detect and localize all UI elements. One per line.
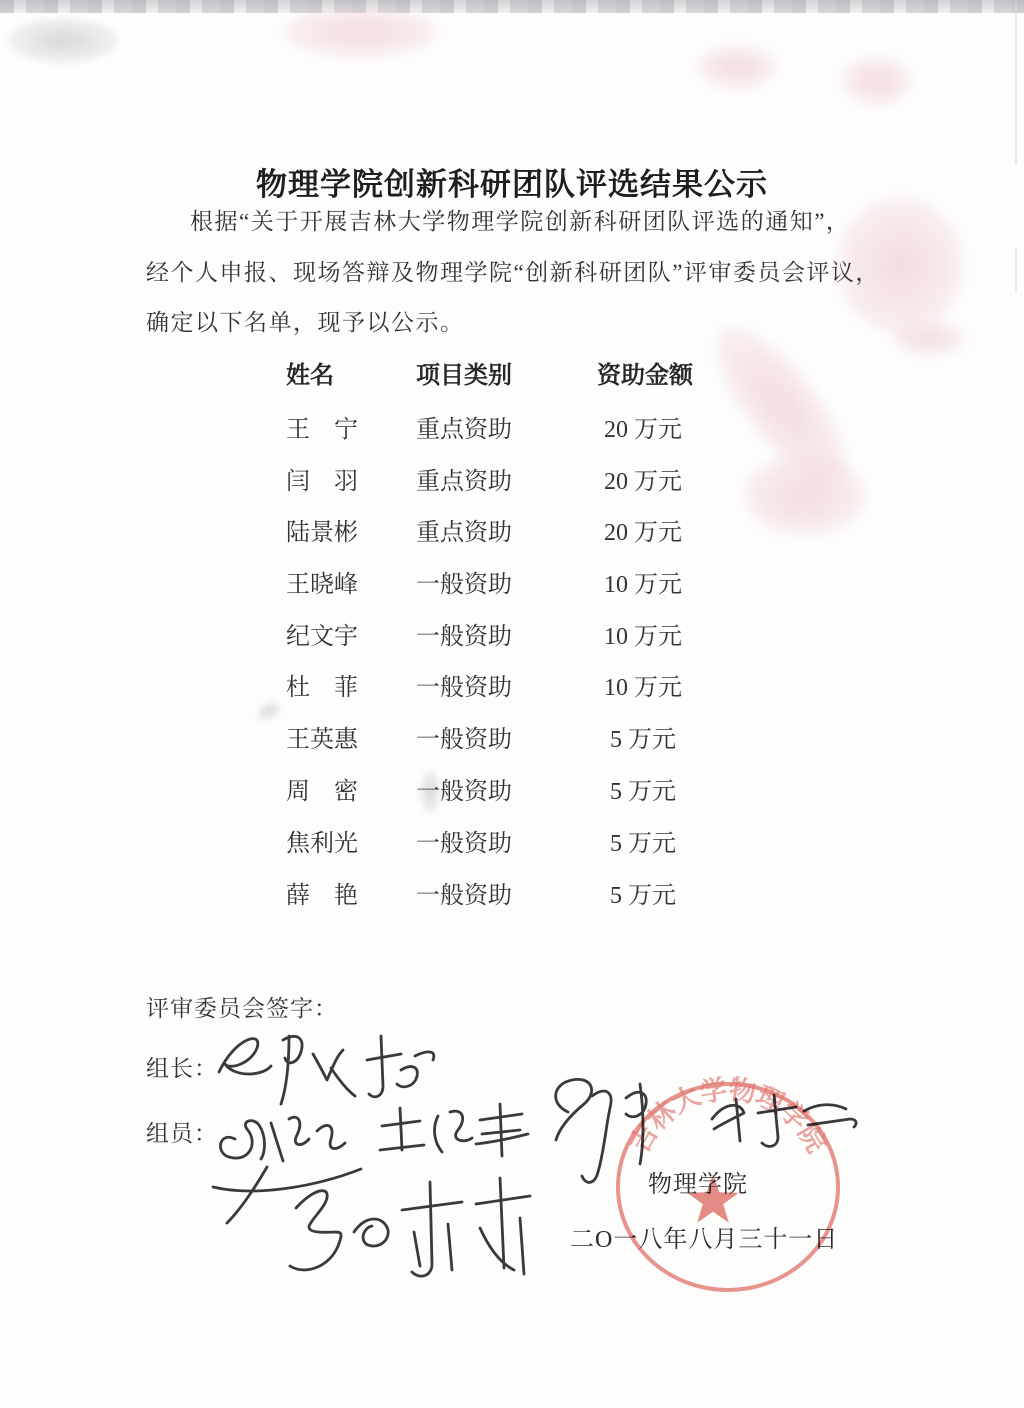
- cell-name: 周 密: [286, 771, 358, 806]
- cell-category: 一般资助: [416, 823, 512, 858]
- ink-bleed-mark: [698, 46, 776, 88]
- issuing-org-name: 物理学院: [648, 1164, 748, 1199]
- cell-name: 王晓峰: [286, 564, 358, 599]
- cell-name: 薛 艳: [286, 875, 358, 910]
- cell-amount: 20 万元: [558, 512, 728, 547]
- cell-amount: 10 万元: [558, 667, 728, 702]
- table-row: 王晓峰 一般资助 10 万元: [0, 564, 1024, 596]
- cell-amount: 5 万元: [558, 771, 728, 806]
- paragraph-line: 经个人申报、现场答辩及物理学院“创新科研团队”评审委员会评议，: [146, 254, 880, 287]
- committee-signature-label: 评审委员会签字：: [146, 990, 338, 1023]
- cell-amount: 10 万元: [558, 616, 728, 651]
- cell-category: 一般资助: [416, 719, 512, 754]
- ink-bleed-mark: [893, 322, 965, 354]
- ink-bleed-mark: [283, 8, 438, 56]
- cell-amount: 5 万元: [558, 875, 728, 910]
- cell-name: 杜 菲: [286, 667, 358, 702]
- table-row: 周 密 一般资助 5 万元: [0, 771, 1024, 803]
- cell-category: 一般资助: [416, 667, 512, 702]
- header-name: 姓名: [286, 355, 334, 390]
- cell-amount: 20 万元: [558, 409, 728, 444]
- cell-category: 一般资助: [416, 875, 512, 910]
- cell-amount: 20 万元: [558, 461, 728, 496]
- cell-name: 纪文宇: [286, 616, 358, 651]
- page-title: 物理学院创新科研团队评选结果公示: [0, 159, 1024, 204]
- scan-edge-artifact: [1015, 248, 1017, 293]
- table-row: 陆景彬 重点资助 20 万元: [0, 512, 1024, 544]
- cell-category: 重点资助: [416, 461, 512, 496]
- table-row: 王 宁 重点资助 20 万元: [0, 409, 1024, 441]
- cell-amount: 5 万元: [558, 823, 728, 858]
- cell-name: 焦利光: [286, 823, 358, 858]
- table-row: 杜 菲 一般资助 10 万元: [0, 667, 1024, 699]
- cell-category: 重点资助: [416, 512, 512, 547]
- cell-category: 一般资助: [416, 564, 512, 599]
- table-row: 王英惠 一般资助 5 万元: [0, 719, 1024, 751]
- table-row: 闫 羽 重点资助 20 万元: [0, 461, 1024, 493]
- table-row: 薛 艳 一般资助 5 万元: [0, 875, 1024, 907]
- signature-member-5: [262, 1168, 552, 1308]
- cell-category: 一般资助: [416, 771, 512, 806]
- header-category: 项目类别: [416, 355, 512, 390]
- table-header-row: 姓名 项目类别 资助金额: [0, 355, 1024, 387]
- cell-name: 闫 羽: [286, 461, 358, 496]
- scan-smudge: [8, 18, 118, 63]
- cell-name: 陆景彬: [286, 512, 358, 547]
- paragraph-line: 确定以下名单，现予以公示。: [146, 304, 465, 337]
- cell-category: 一般资助: [416, 616, 512, 651]
- cell-amount: 10 万元: [558, 564, 728, 599]
- scan-edge-artifact: [0, 0, 1024, 13]
- cell-name: 王 宁: [286, 409, 358, 444]
- document-page: 物理学院创新科研团队评选结果公示 根据“关于开展吉林大学物理学院创新科研团队评选…: [0, 0, 1024, 1408]
- paragraph-line: 根据“关于开展吉林大学物理学院创新科研团队评选的通知”，: [190, 203, 850, 236]
- signature-member-4: [700, 1085, 860, 1165]
- scan-edge-artifact: [1015, 0, 1017, 165]
- table-row: 焦利光 一般资助 5 万元: [0, 823, 1024, 855]
- cell-amount: 5 万元: [558, 719, 728, 754]
- table-row: 纪文宇 一般资助 10 万元: [0, 616, 1024, 648]
- header-amount: 资助金额: [560, 355, 730, 390]
- cell-name: 王英惠: [286, 719, 358, 754]
- ink-bleed-mark: [843, 58, 911, 104]
- signature-member-2: [372, 1098, 532, 1178]
- cell-category: 重点资助: [416, 409, 512, 444]
